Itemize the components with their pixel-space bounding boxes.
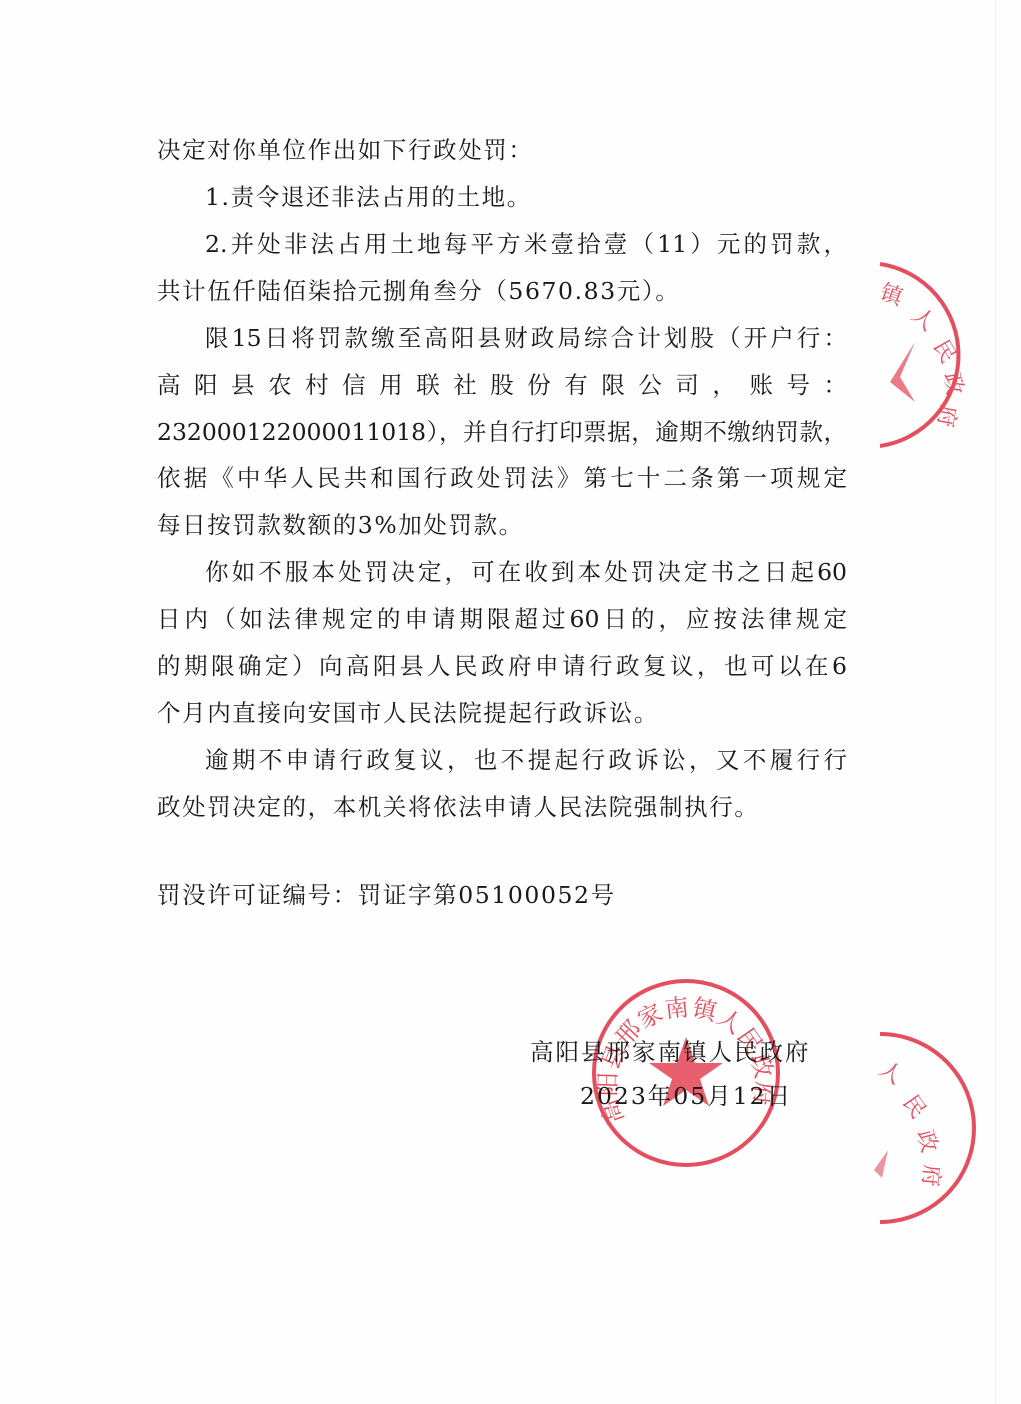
- paragraph-line: 逾期不申请行政复议，也不提起行政诉讼，又不履行行: [205, 745, 847, 775]
- svg-text:政: 政: [938, 371, 966, 397]
- svg-text:人: 人: [906, 303, 939, 336]
- penalty-item-1: 1.责令退还非法占用的土地。: [205, 182, 532, 212]
- bank-name-line: 高阳县农村信用联社股份有限公司，账号：: [157, 370, 847, 400]
- svg-text:政: 政: [912, 1127, 942, 1155]
- paragraph-line: 的期限确定）向高阳县人民政府申请行政复议，也可以在6: [157, 651, 847, 681]
- official-seal-icon: 高阳县邢家南镇人民政府: [588, 975, 784, 1171]
- signature-date: 2023年05月12日: [580, 1077, 792, 1111]
- svg-text:人: 人: [874, 1057, 906, 1090]
- permit-number: 罚没许可证编号：罚证字第05100052号: [157, 880, 616, 910]
- signature-organization: 高阳县邢家南镇人民政府: [530, 1033, 811, 1067]
- document-page: 决定对你单位作出如下行政处罚： 1.责令退还非法占用的土地。 2.并处非法占用土…: [0, 0, 1021, 1404]
- paragraph-line: 决定对你单位作出如下行政处罚：: [157, 135, 534, 165]
- penalty-item-2: 2.并处非法占用土地每平方米壹拾壹（11）元的罚款，: [205, 229, 847, 259]
- paragraph-line: 你如不服本处罚决定，可在收到本处罚决定书之日起60: [205, 557, 847, 587]
- paragraph-line: 依据《中华人民共和国行政处罚法》第七十二条第一项规定: [157, 463, 847, 493]
- paragraph-line: 限15日将罚款缴至高阳县财政局综合计划股（开户行：: [205, 323, 847, 353]
- paragraph-line: 每日按罚款数额的3%加处罚款。: [157, 510, 524, 540]
- paragraph-line: 日内（如法律规定的申请期限超过60日的，应按法律规定: [157, 604, 847, 634]
- paragraph-line: 政处罚决定的，本机关将依法申请人民法院强制执行。: [157, 792, 759, 822]
- partial-seal-top-icon: 镇 人 民 政 府: [790, 262, 1000, 448]
- svg-text:府: 府: [917, 1164, 944, 1188]
- svg-text:民: 民: [897, 1091, 930, 1123]
- svg-text:府: 府: [932, 403, 960, 429]
- svg-text:镇: 镇: [877, 280, 908, 312]
- paragraph-line: 个月内直接向安国市人民法院提起行政诉讼。: [157, 698, 659, 728]
- paragraph-line: 共计伍仟陆佰柒拾元捌角叁分（5670.83元）。: [157, 276, 680, 306]
- account-number-line: 232000122000011018），并自行打印票据，逾期不缴纳罚款，: [157, 417, 847, 447]
- partial-seal-bottom-icon: 人 民 政 府: [790, 1030, 1000, 1226]
